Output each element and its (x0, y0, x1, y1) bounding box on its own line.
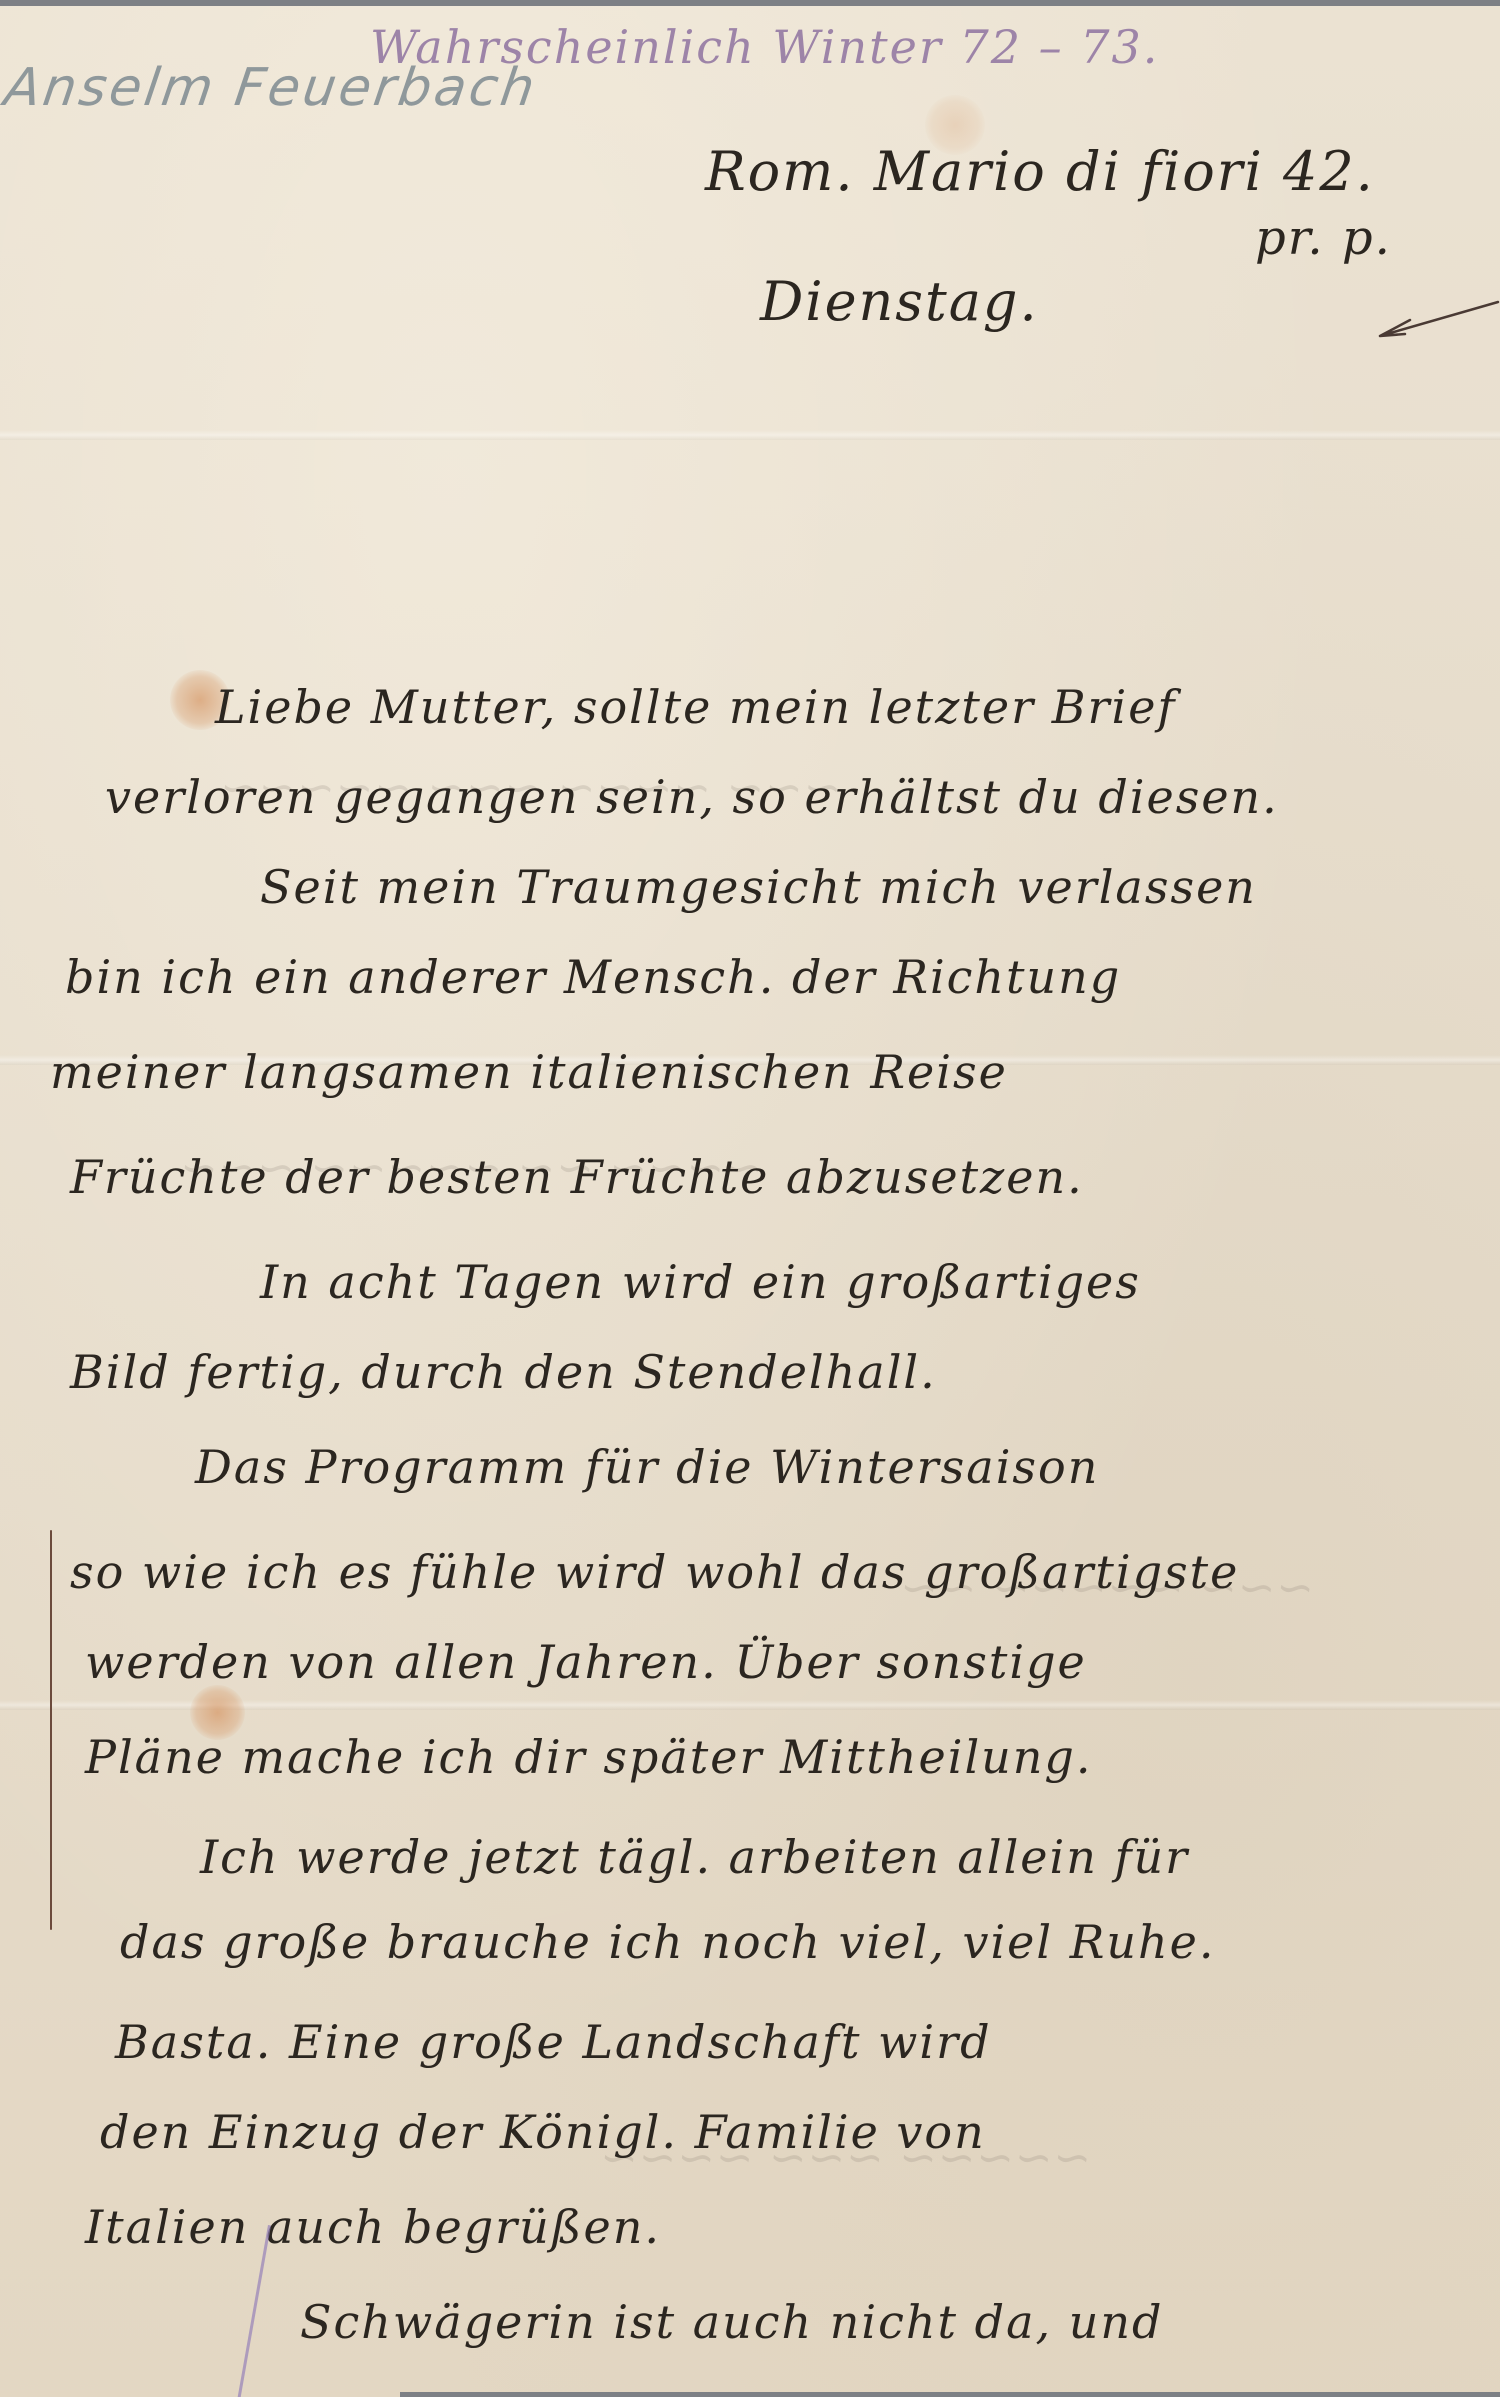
letter-line: so wie ich es fühle wird wohl das großar… (70, 1545, 1239, 1599)
letter-line: Basta. Eine große Landschaft wird (115, 2015, 992, 2069)
letter-line: werden von allen Jahren. Über sonstige (85, 1635, 1087, 1689)
letter-line: das große brauche ich noch viel, viel Ru… (120, 1915, 1215, 1969)
letter-line: den Einzug der Königl. Familie von (100, 2105, 986, 2159)
letter-line: Seit mein Traumgesicht mich verlassen (260, 860, 1257, 914)
letter-line: Schwägerin ist auch nicht da, und (300, 2295, 1163, 2349)
letter-line: Liebe Mutter, sollte mein letzter Brief (215, 680, 1176, 734)
day-of-week: Dienstag. (760, 270, 1039, 333)
letter-line: Pläne mache ich dir später Mittheilung. (85, 1730, 1093, 1784)
margin-bracket-line (50, 1530, 52, 1930)
floor-note: pr. p. (1255, 210, 1392, 266)
letter-line: meiner langsamen italienischen Reise (50, 1045, 1008, 1099)
letter-line: Italien auch begrüßen. (85, 2200, 661, 2254)
letter-line: Früchte der besten Früchte abzusetzen. (70, 1150, 1084, 1204)
arrow-left-down-icon (1370, 300, 1500, 340)
letter-line: Bild fertig, durch den Stendelhall. (70, 1345, 937, 1399)
violet-dating-note: Wahrscheinlich Winter 72 – 73. (370, 20, 1159, 74)
scan-top-edge (0, 0, 1500, 6)
paper-fold (0, 430, 1500, 440)
letter-line: In acht Tagen wird ein großartiges (260, 1255, 1141, 1309)
letter-page: ~~~ ~~~~ ~~~ ~~~~~ ~~~~ ~~ ~~~~~ ~~~ ~~~… (0, 0, 1500, 2397)
scan-bottom-edge (400, 2392, 1500, 2397)
letter-line: verloren gegangen sein, so erhältst du d… (105, 770, 1279, 824)
place-address: Rom. Mario di fiori 42. (705, 140, 1375, 203)
letter-line: bin ich ein anderer Mensch. der Richtung (65, 950, 1121, 1004)
letter-line: Das Programm für die Wintersaison (195, 1440, 1099, 1494)
letter-line: Ich werde jetzt tägl. arbeiten allein fü… (200, 1830, 1189, 1884)
